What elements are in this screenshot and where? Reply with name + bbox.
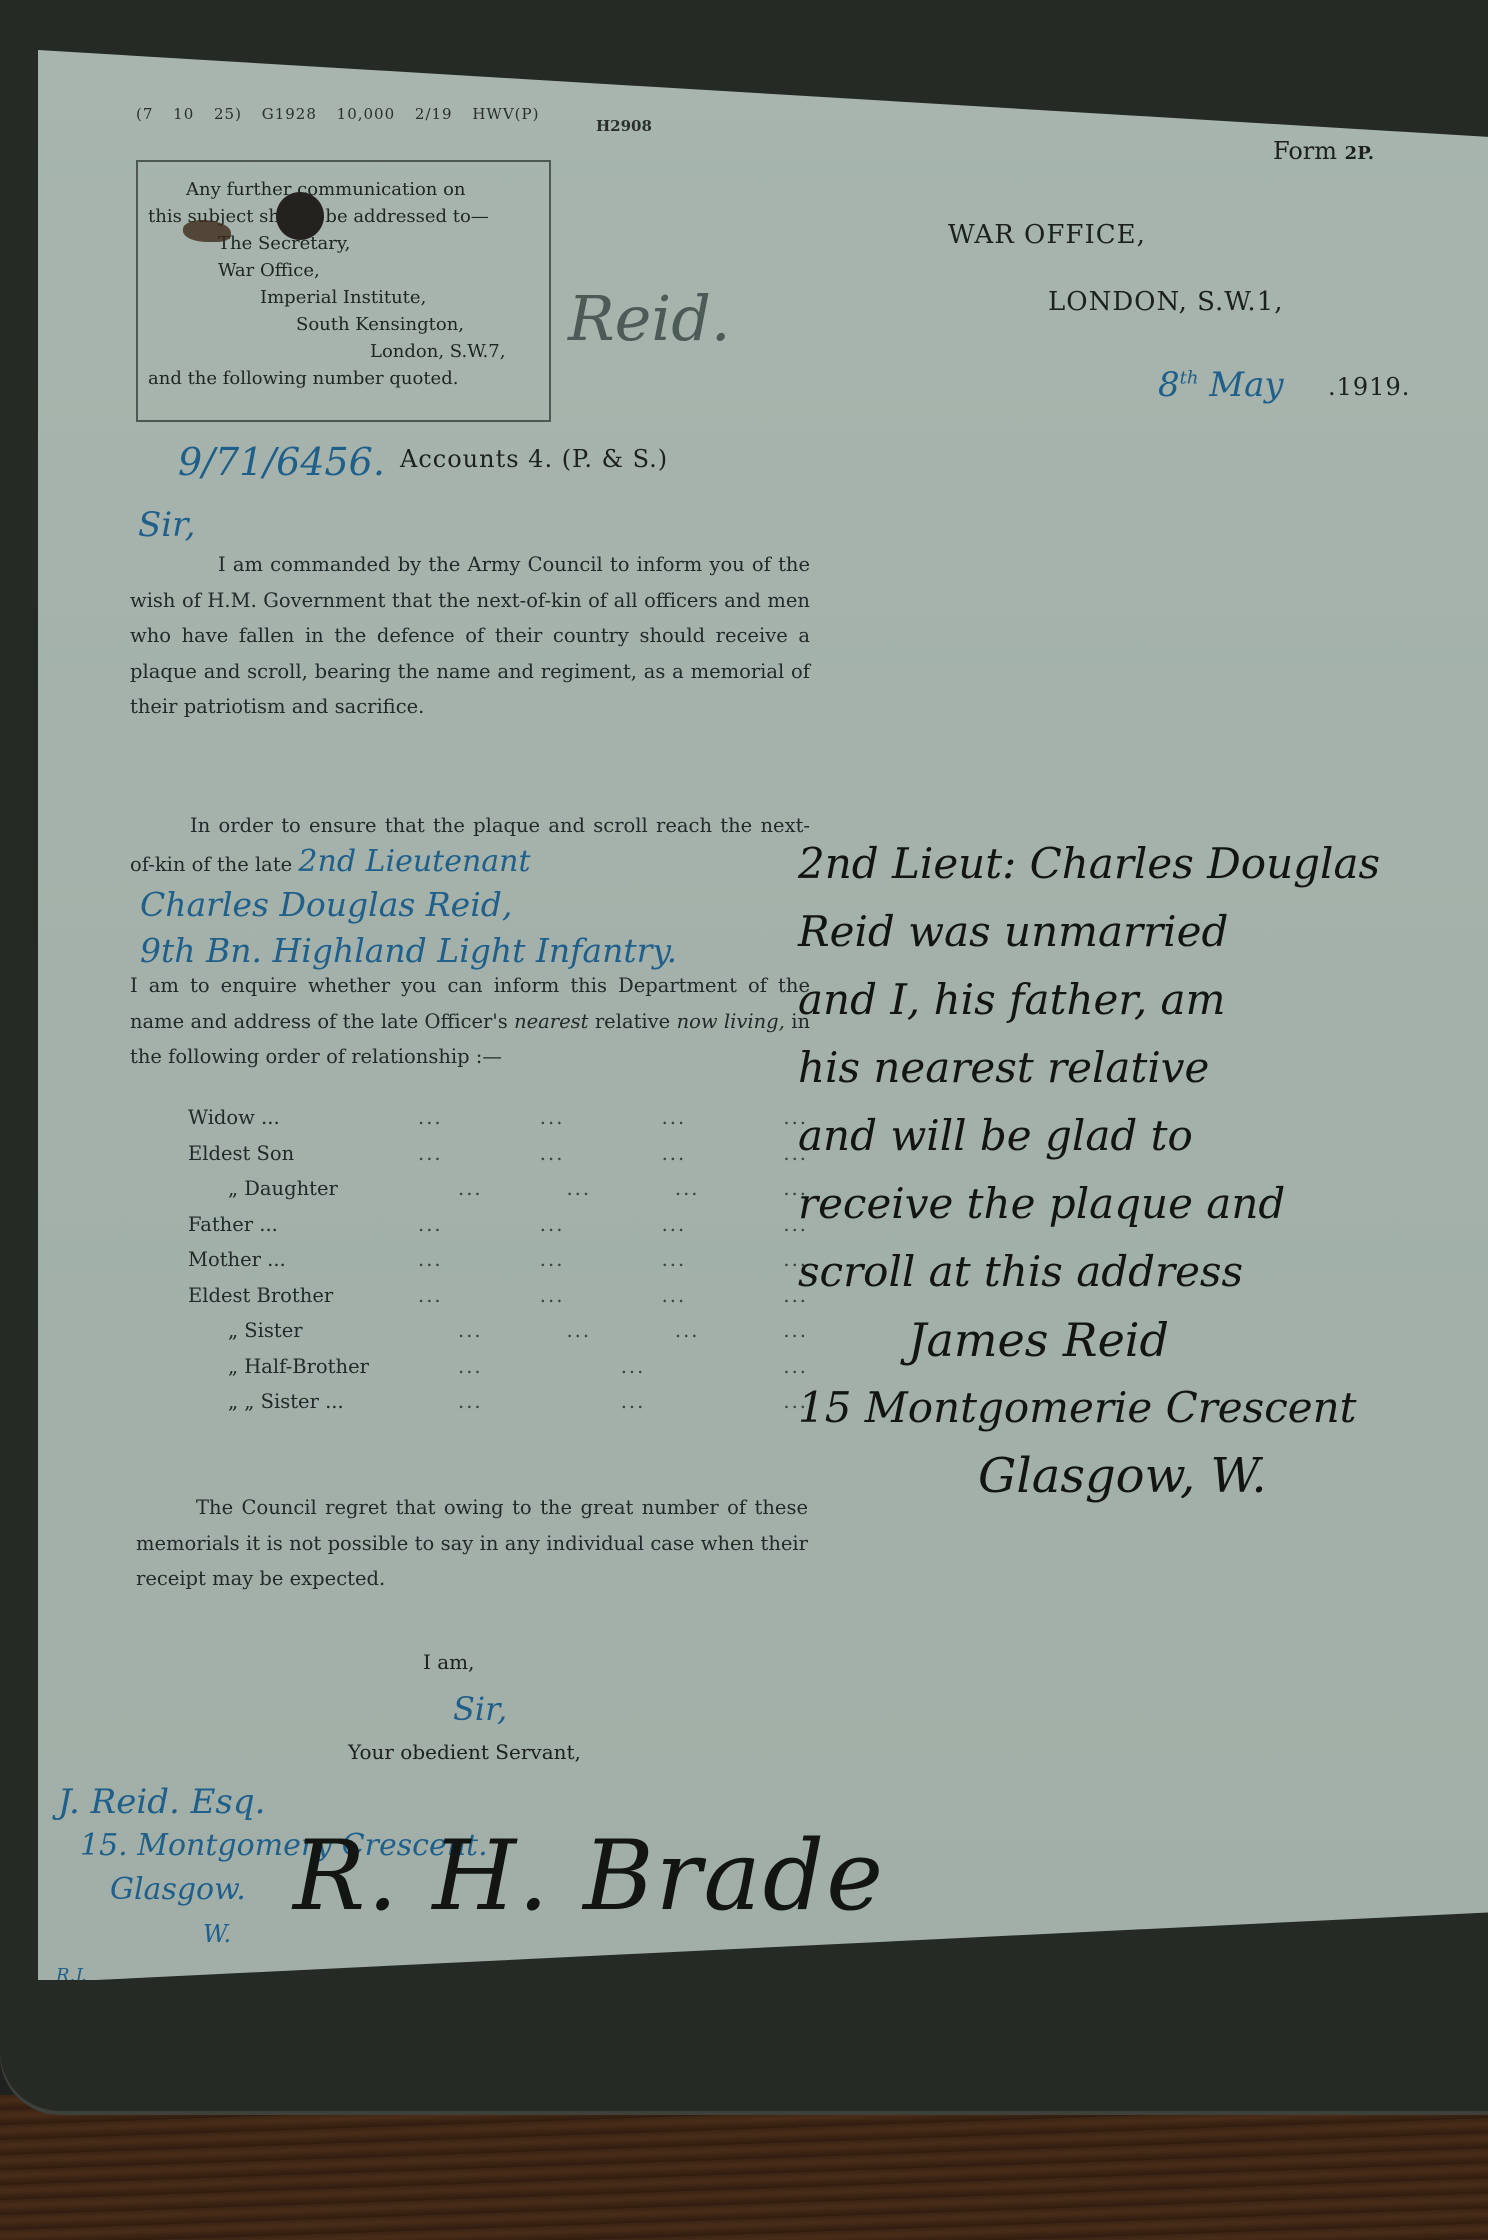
form-number: Form 2P. — [1273, 137, 1374, 165]
relationship-row: „ Daughter............ — [188, 1171, 808, 1207]
dots: ... — [662, 1142, 687, 1165]
form-label: Form — [1273, 137, 1337, 165]
date-day: 8 — [1158, 365, 1180, 405]
dots: ... — [675, 1319, 700, 1342]
paragraph-intro-wrap: In order to ensure that the plaque and s… — [130, 808, 810, 882]
dots: ... — [540, 1106, 565, 1129]
closing-servant: Your obedient Servant, — [348, 1740, 581, 1764]
dots: ... — [540, 1142, 565, 1165]
paragraph-text: The Council regret that owing to the gre… — [136, 1490, 808, 1597]
reply-line: receive the plaque and — [798, 1170, 1488, 1238]
salutation: Sir, — [138, 505, 196, 545]
instruction-line: War Office, — [148, 257, 539, 284]
relationship-label: „ „ Sister ... — [188, 1390, 458, 1413]
relationship-row: Eldest Son............ — [188, 1136, 808, 1172]
date-year: .1919. — [1328, 373, 1410, 401]
reply-line: Reid was unmarried — [798, 898, 1488, 966]
relationship-label: Father ... — [188, 1213, 418, 1236]
dots: ... — [662, 1106, 687, 1129]
instruction-line: and the following number quoted. — [148, 365, 539, 392]
relationship-label: Eldest Brother — [188, 1284, 418, 1307]
dots: ... — [662, 1284, 687, 1307]
paragraph-enquiry: In order to ensure that the plaque and s… — [130, 808, 810, 974]
relationship-row: Father ............... — [188, 1207, 808, 1243]
closing-sir: Sir, — [453, 1690, 507, 1728]
dots: ... — [458, 1319, 483, 1342]
dots: ... — [566, 1177, 591, 1200]
pencil-surname-annotation: Reid. — [568, 282, 731, 355]
leader-dots: ............ — [418, 1106, 808, 1129]
dots: ... — [540, 1284, 565, 1307]
letter-page: (7 10 25) G1928 10,000 2/19 HWV(P) H2908… — [38, 50, 1488, 1980]
reply-line: scroll at this address — [798, 1238, 1488, 1306]
relationship-label: „ Half-Brother — [188, 1355, 458, 1378]
dots: ... — [418, 1213, 443, 1236]
leader-dots: ......... — [458, 1355, 808, 1378]
official-signature: R. H. Brade — [293, 1820, 885, 1932]
instruction-line: London, S.W.7, — [148, 338, 539, 365]
handwritten-reply: 2nd Lieut: Charles Douglas Reid was unma… — [798, 830, 1488, 1510]
dots: ... — [458, 1177, 483, 1200]
reply-town: Glasgow, W. — [798, 1442, 1488, 1510]
reply-signature: James Reid — [798, 1306, 1488, 1374]
paragraph-continued-wrap: I am to enquire whether you can inform t… — [130, 968, 810, 1075]
filled-rank: 2nd Lieutenant — [298, 844, 530, 879]
date-month: May — [1209, 365, 1283, 405]
sender-location: LONDON, S.W.1, — [1048, 287, 1284, 317]
leader-dots: ............ — [458, 1177, 808, 1200]
paragraph-enquiry-continued: I am to enquire whether you can inform t… — [130, 968, 810, 1075]
form-code: 2P. — [1345, 143, 1374, 164]
punch-hole — [276, 192, 324, 240]
emphasis-nearest: nearest — [514, 1010, 588, 1033]
leader-dots: ............ — [458, 1319, 808, 1342]
word-relative: relative — [595, 1010, 670, 1033]
instruction-line: Any further communication on — [148, 176, 539, 203]
wooden-desk-surface — [0, 2095, 1488, 2240]
print-code: H2908 — [596, 117, 652, 135]
dots: ... — [418, 1106, 443, 1129]
dots: ... — [418, 1142, 443, 1165]
instruction-line: Imperial Institute, — [148, 284, 539, 311]
paragraph-plaque-wish: I am commanded by the Army Council to in… — [130, 547, 810, 725]
relationship-list: Widow ............... Eldest Son........… — [188, 1100, 808, 1420]
date-day-suffix: th — [1180, 368, 1199, 389]
leader-dots: ............ — [418, 1142, 808, 1165]
dots: ... — [458, 1355, 483, 1378]
dots: ... — [662, 1213, 687, 1236]
leader-dots: ............ — [418, 1213, 808, 1236]
instruction-line: South Kensington, — [148, 311, 539, 338]
print-reference: (7 10 25) G1928 10,000 2/19 HWV(P) — [136, 105, 539, 123]
dots: ... — [458, 1390, 483, 1413]
dots: ... — [418, 1284, 443, 1307]
dots: ... — [675, 1177, 700, 1200]
dots: ... — [621, 1355, 646, 1378]
dots: ... — [540, 1248, 565, 1271]
relationship-row: Widow ............... — [188, 1100, 808, 1136]
dots: ... — [418, 1248, 443, 1271]
relationship-label: Eldest Son — [188, 1142, 418, 1165]
dots: ... — [566, 1319, 591, 1342]
leader-dots: ......... — [458, 1390, 808, 1413]
reply-line: and I, his father, am — [798, 966, 1488, 1034]
filled-officer-name: Charles Douglas Reid, — [130, 882, 810, 928]
relationship-row: Mother ............... — [188, 1242, 808, 1278]
department-reference: Accounts 4. (P. & S.) — [400, 445, 668, 473]
leader-dots: ............ — [418, 1284, 808, 1307]
handwritten-date: 8th May — [1158, 365, 1284, 405]
closing-i-am: I am, — [423, 1650, 475, 1674]
file-number: 9/71/6456. — [178, 440, 385, 484]
emphasis-now-living: now living, — [677, 1010, 785, 1033]
recipient-name: J. Reid. Esq. — [58, 1780, 488, 1824]
paragraph-text: I am commanded by the Army Council to in… — [130, 547, 810, 725]
relationship-label: „ Daughter — [188, 1177, 458, 1200]
reply-line: and will be glad to — [798, 1102, 1488, 1170]
relationship-label: Mother ... — [188, 1248, 418, 1271]
dots: ... — [621, 1390, 646, 1413]
paragraph-delivery-regret: The Council regret that owing to the gre… — [136, 1490, 808, 1597]
relationship-row: „ Half-Brother......... — [188, 1349, 808, 1385]
reply-line: 2nd Lieut: Charles Douglas — [798, 830, 1488, 898]
relationship-label: „ Sister — [188, 1319, 458, 1342]
dots: ... — [540, 1213, 565, 1236]
relationship-row: Eldest Brother............ — [188, 1278, 808, 1314]
reply-line: his nearest relative — [798, 1034, 1488, 1102]
relationship-row: „ „ Sister ............ — [188, 1384, 808, 1420]
reply-street: 15 Montgomerie Crescent — [798, 1374, 1488, 1442]
relationship-row: „ Sister............ — [188, 1313, 808, 1349]
dots: ... — [662, 1248, 687, 1271]
instruction-box: Any further communication on this subjec… — [136, 160, 551, 422]
sender-office: WAR OFFICE, — [948, 220, 1146, 250]
relationship-label: Widow ... — [188, 1106, 418, 1129]
leader-dots: ............ — [418, 1248, 808, 1271]
